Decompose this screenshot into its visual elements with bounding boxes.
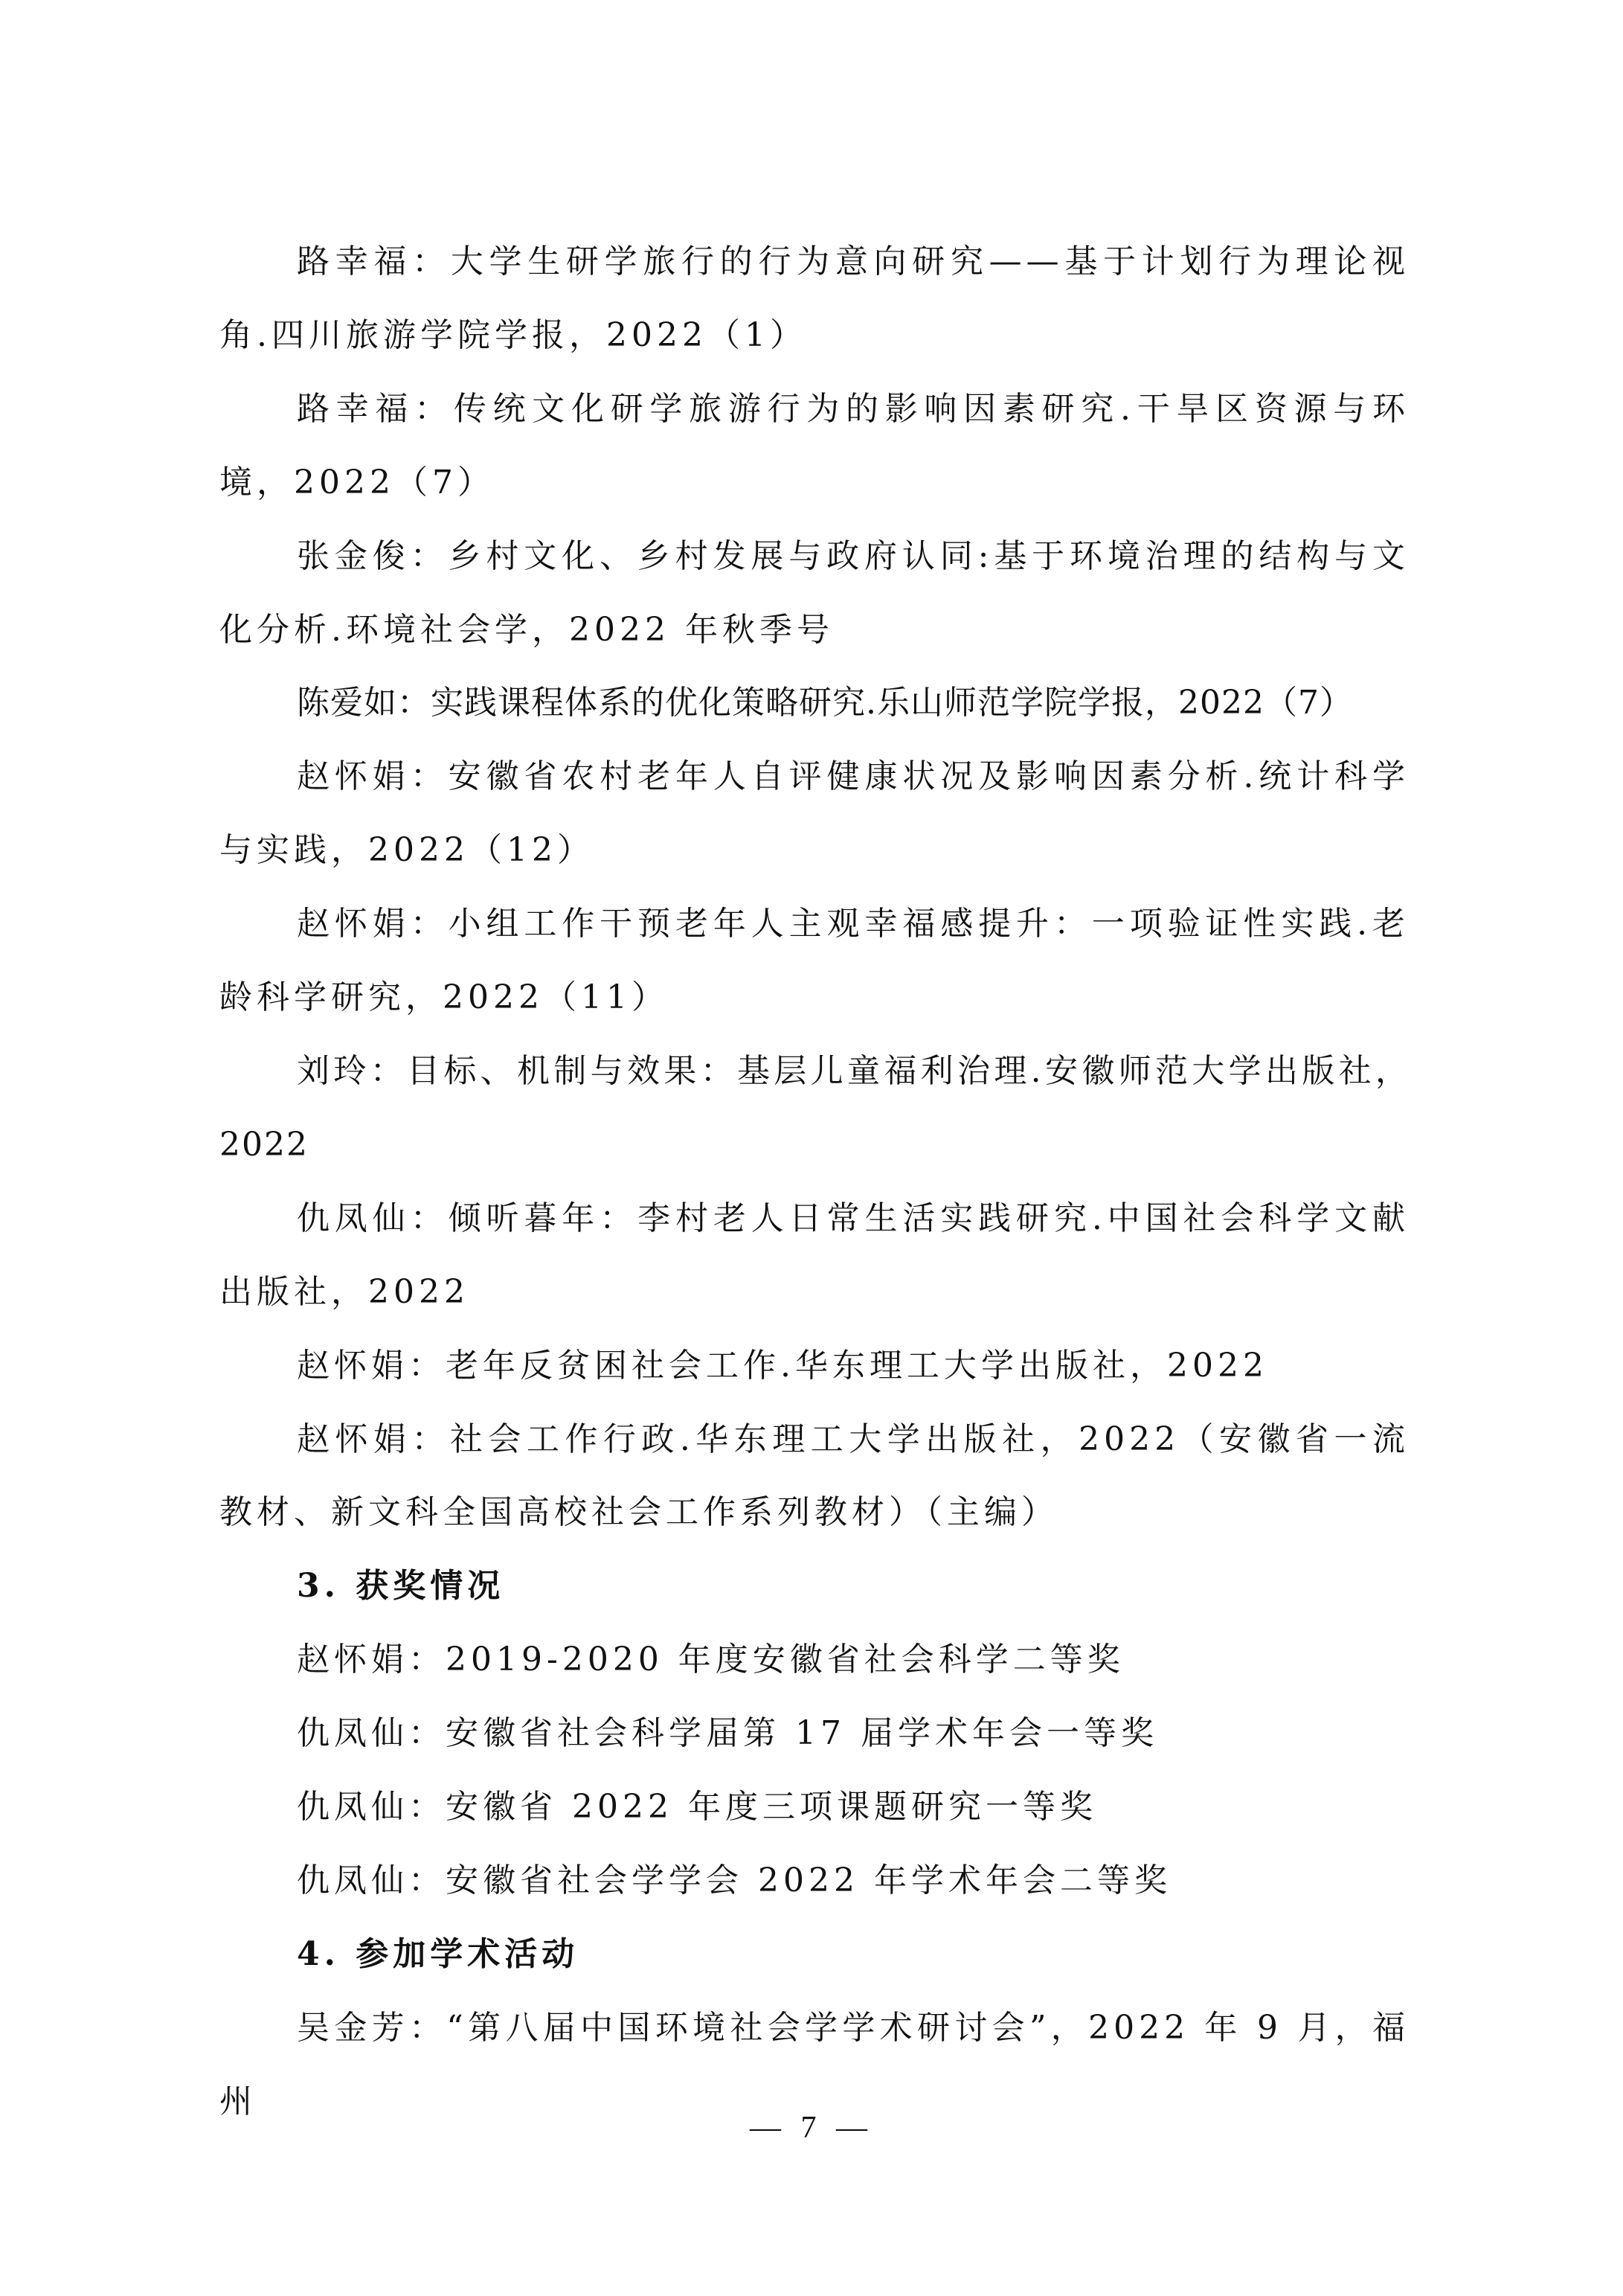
publication-entry: 赵怀娟：社会工作行政.华东理工大学出版社，2022（安徽省一流教材、新文科全国高… <box>219 1403 1410 1551</box>
award-entry: 仇凤仙：安徽省社会学学会 2022 年学术年会二等奖 <box>219 1844 1410 1918</box>
publication-entry: 陈爱如：实践课程体系的优化策略研究.乐山师范学院学报，2022（7） <box>219 667 1410 740</box>
publication-entry: 赵怀娟：小组工作干预老年人主观幸福感提升：一项验证性实践.老龄科学研究，2022… <box>219 888 1410 1035</box>
publication-entry: 刘玲：目标、机制与效果：基层儿童福利治理.安徽师范大学出版社，2022 <box>219 1035 1410 1182</box>
document-body: 路幸福：大学生研学旅行的行为意向研究——基于计划行为理论视角.四川旅游学院学报，… <box>219 225 1410 2139</box>
document-page: 路幸福：大学生研学旅行的行为意向研究——基于计划行为理论视角.四川旅游学院学报，… <box>0 0 1623 2296</box>
page-number: — 7 — <box>0 2110 1623 2146</box>
publication-entry: 张金俊：乡村文化、乡村发展与政府认同:基于环境治理的结构与文化分析.环境社会学，… <box>219 520 1410 667</box>
award-entry: 仇凤仙：安徽省 2022 年度三项课题研究一等奖 <box>219 1771 1410 1844</box>
section-heading-academic-activities: 4. 参加学术活动 <box>219 1918 1410 1992</box>
award-entry: 仇凤仙：安徽省社会科学届第 17 届学术年会一等奖 <box>219 1697 1410 1771</box>
award-entry: 赵怀娟：2019-2020 年度安徽省社会科学二等奖 <box>219 1623 1410 1697</box>
section-heading-awards: 3. 获奖情况 <box>219 1550 1410 1623</box>
publication-entry: 路幸福：传统文化研学旅游行为的影响因素研究.干旱区资源与环境，2022（7） <box>219 373 1410 520</box>
publication-entry: 仇凤仙：倾听暮年：李村老人日常生活实践研究.中国社会科学文献出版社，2022 <box>219 1182 1410 1330</box>
publication-entry: 赵怀娟：老年反贫困社会工作.华东理工大学出版社，2022 <box>219 1330 1410 1403</box>
publication-entry: 赵怀娟：安徽省农村老年人自评健康状况及影响因素分析.统计科学与实践，2022（1… <box>219 740 1410 888</box>
publication-entry: 路幸福：大学生研学旅行的行为意向研究——基于计划行为理论视角.四川旅游学院学报，… <box>219 225 1410 373</box>
